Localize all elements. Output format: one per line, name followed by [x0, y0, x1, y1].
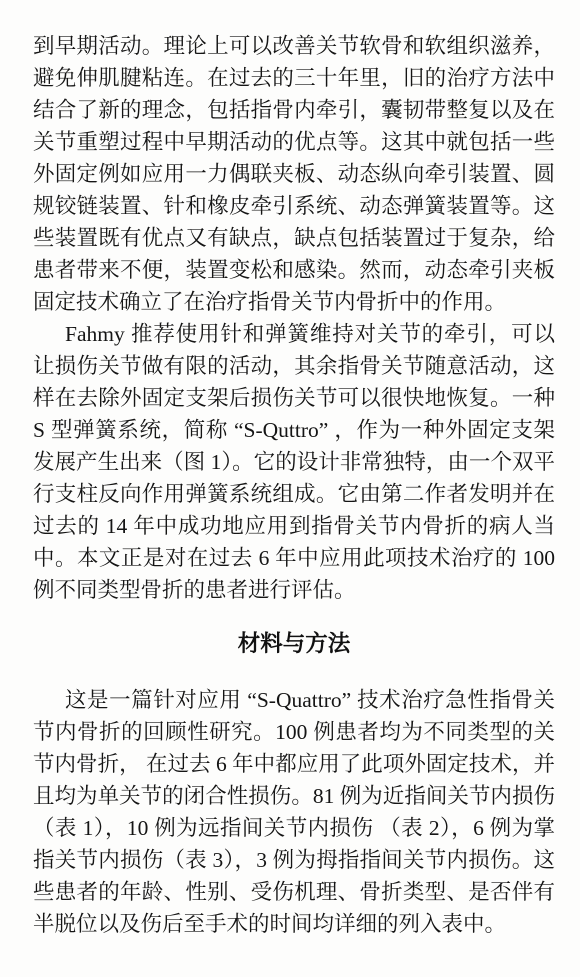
section-heading-materials-and-methods: 材料与方法 — [33, 628, 555, 660]
paragraph-fahmy-squttro-system: Fahmy 推荐使用针和弹簧维持对关节的牵引，可以让损伤关节做有限的活动，其余指… — [33, 318, 555, 606]
paragraph-study-description: 这是一篇针对应用 “S-Quattro” 技术治疗急性指骨关节内骨折的回顾性研究… — [33, 684, 555, 940]
paragraph-continued-intro: 到早期活动。理论上可以改善关节软骨和软组织滋养，避免伸肌腱粘连。在过去的三十年里… — [33, 30, 555, 318]
document-page: 到早期活动。理论上可以改善关节软骨和软组织滋养，避免伸肌腱粘连。在过去的三十年里… — [0, 0, 580, 977]
